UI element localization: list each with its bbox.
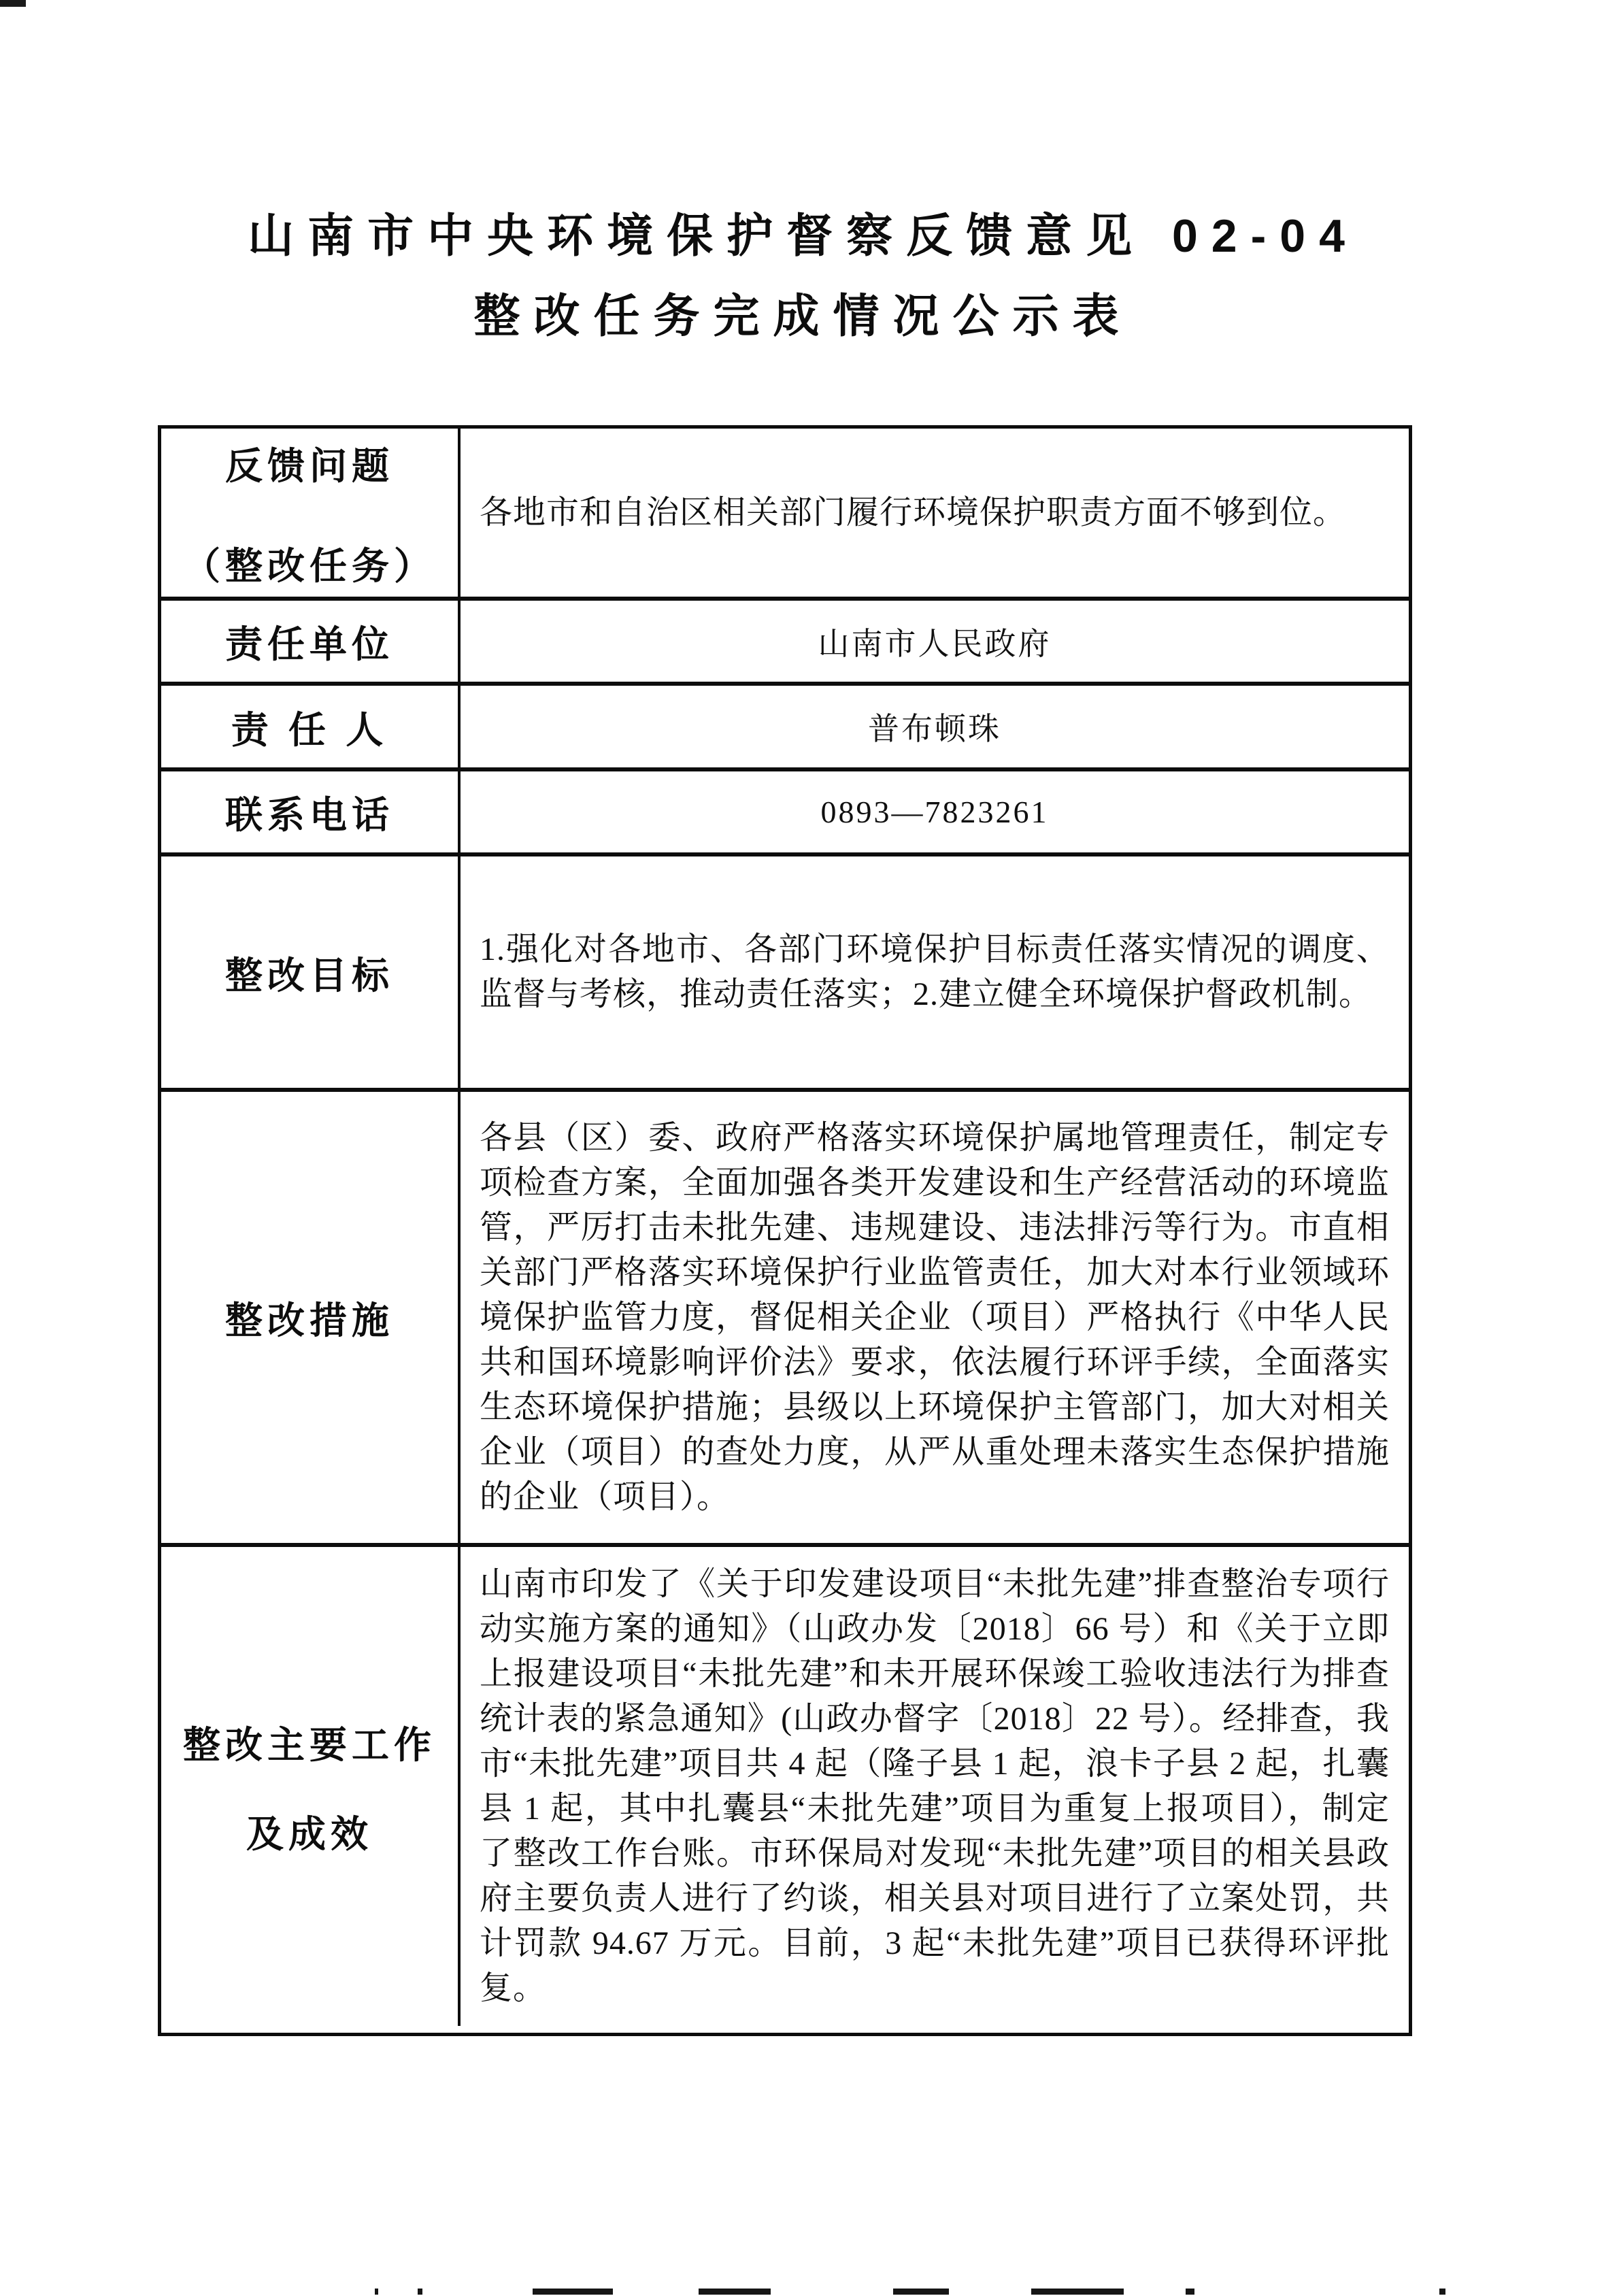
rectification-table: 反馈问题 （整改任务） 各地市和自治区相关部门履行环境保护职责方面不够到位。 责…	[158, 425, 1412, 2036]
row-label-responsible-person: 责 任 人	[161, 686, 461, 767]
table-row-rectification-measures: 整改措施 各县（区）委、政府严格落实环境保护属地管理责任，制定专项检查方案，全面…	[161, 1088, 1409, 1543]
document-title-line1: 山南市中央环境保护督察反馈意见 02-04	[0, 196, 1606, 276]
row-value-rectification-measures: 各县（区）委、政府严格落实环境保护属地管理责任，制定专项检查方案，全面加强各类开…	[461, 1092, 1409, 1543]
row-label-line: 责 任 人	[231, 700, 388, 754]
row-label-feedback-problem: 反馈问题 （整改任务）	[161, 429, 461, 597]
table-row-feedback-problem: 反馈问题 （整改任务） 各地市和自治区相关部门履行环境保护职责方面不够到位。	[161, 429, 1409, 597]
row-label-line: （整改任务）	[183, 536, 436, 590]
row-value-responsible-person: 普布顿珠	[461, 686, 1409, 767]
row-value-text: 各县（区）委、政府严格落实环境保护属地管理责任，制定专项检查方案，全面加强各类开…	[461, 1116, 1409, 1520]
scan-corner-artifact	[0, 0, 26, 7]
row-value-text: 0893—7823261	[821, 794, 1049, 830]
row-label-line: 整改措施	[225, 1291, 394, 1344]
row-value-responsible-unit: 山南市人民政府	[461, 601, 1409, 682]
table-row-responsible-person: 责 任 人 普布顿珠	[161, 682, 1409, 767]
row-label-line: 反馈问题	[225, 436, 394, 490]
table-row-responsible-unit: 责任单位 山南市人民政府	[161, 597, 1409, 682]
document-title: 山南市中央环境保护督察反馈意见 02-04 整改任务完成情况公示表	[0, 196, 1606, 356]
row-label-rectification-measures: 整改措施	[161, 1092, 461, 1543]
row-value-text: 各地市和自治区相关部门履行环境保护职责方面不够到位。	[461, 487, 1409, 539]
table-row-rectification-goal: 整改目标 1.强化对各地市、各部门环境保护目标责任落实情况的调度、监督与考核，推…	[161, 852, 1409, 1088]
row-label-line: 整改目标	[225, 946, 394, 999]
row-label-contact-phone: 联系电话	[161, 771, 461, 852]
row-value-feedback-problem: 各地市和自治区相关部门履行环境保护职责方面不够到位。	[461, 429, 1409, 597]
row-label-line: 整改主要工作	[183, 1715, 436, 1769]
table-row-contact-phone: 联系电话 0893—7823261	[161, 767, 1409, 852]
row-label-rectification-goal: 整改目标	[161, 856, 461, 1088]
row-value-rectification-goal: 1.强化对各地市、各部门环境保护目标责任落实情况的调度、监督与考核，推动责任落实…	[461, 856, 1409, 1088]
row-label-responsible-unit: 责任单位	[161, 601, 461, 682]
row-label-line: 及成效	[246, 1804, 373, 1858]
document-page: 山南市中央环境保护督察反馈意见 02-04 整改任务完成情况公示表 反馈问题 （…	[0, 0, 1606, 2296]
document-title-line2: 整改任务完成情况公示表	[0, 276, 1606, 356]
row-value-text: 普布顿珠	[868, 704, 1001, 749]
row-value-text: 山南市人民政府	[818, 619, 1052, 664]
row-value-contact-phone: 0893—7823261	[461, 771, 1409, 852]
row-value-text: 1.强化对各地市、各部门环境保护目标责任落实情况的调度、监督与考核，推动责任落实…	[461, 927, 1409, 1017]
row-value-main-work-results: 山南市印发了《关于印发建设项目“未批先建”排查整治专项行动实施方案的通知》（山政…	[461, 1547, 1409, 2026]
row-label-line: 责任单位	[225, 614, 394, 668]
row-label-line: 联系电话	[225, 785, 394, 839]
row-label-main-work-results: 整改主要工作 及成效	[161, 1547, 461, 2026]
table-row-main-work-results: 整改主要工作 及成效 山南市印发了《关于印发建设项目“未批先建”排查整治专项行动…	[161, 1543, 1409, 2026]
row-value-text: 山南市印发了《关于印发建设项目“未批先建”排查整治专项行动实施方案的通知》（山政…	[461, 1562, 1409, 2011]
